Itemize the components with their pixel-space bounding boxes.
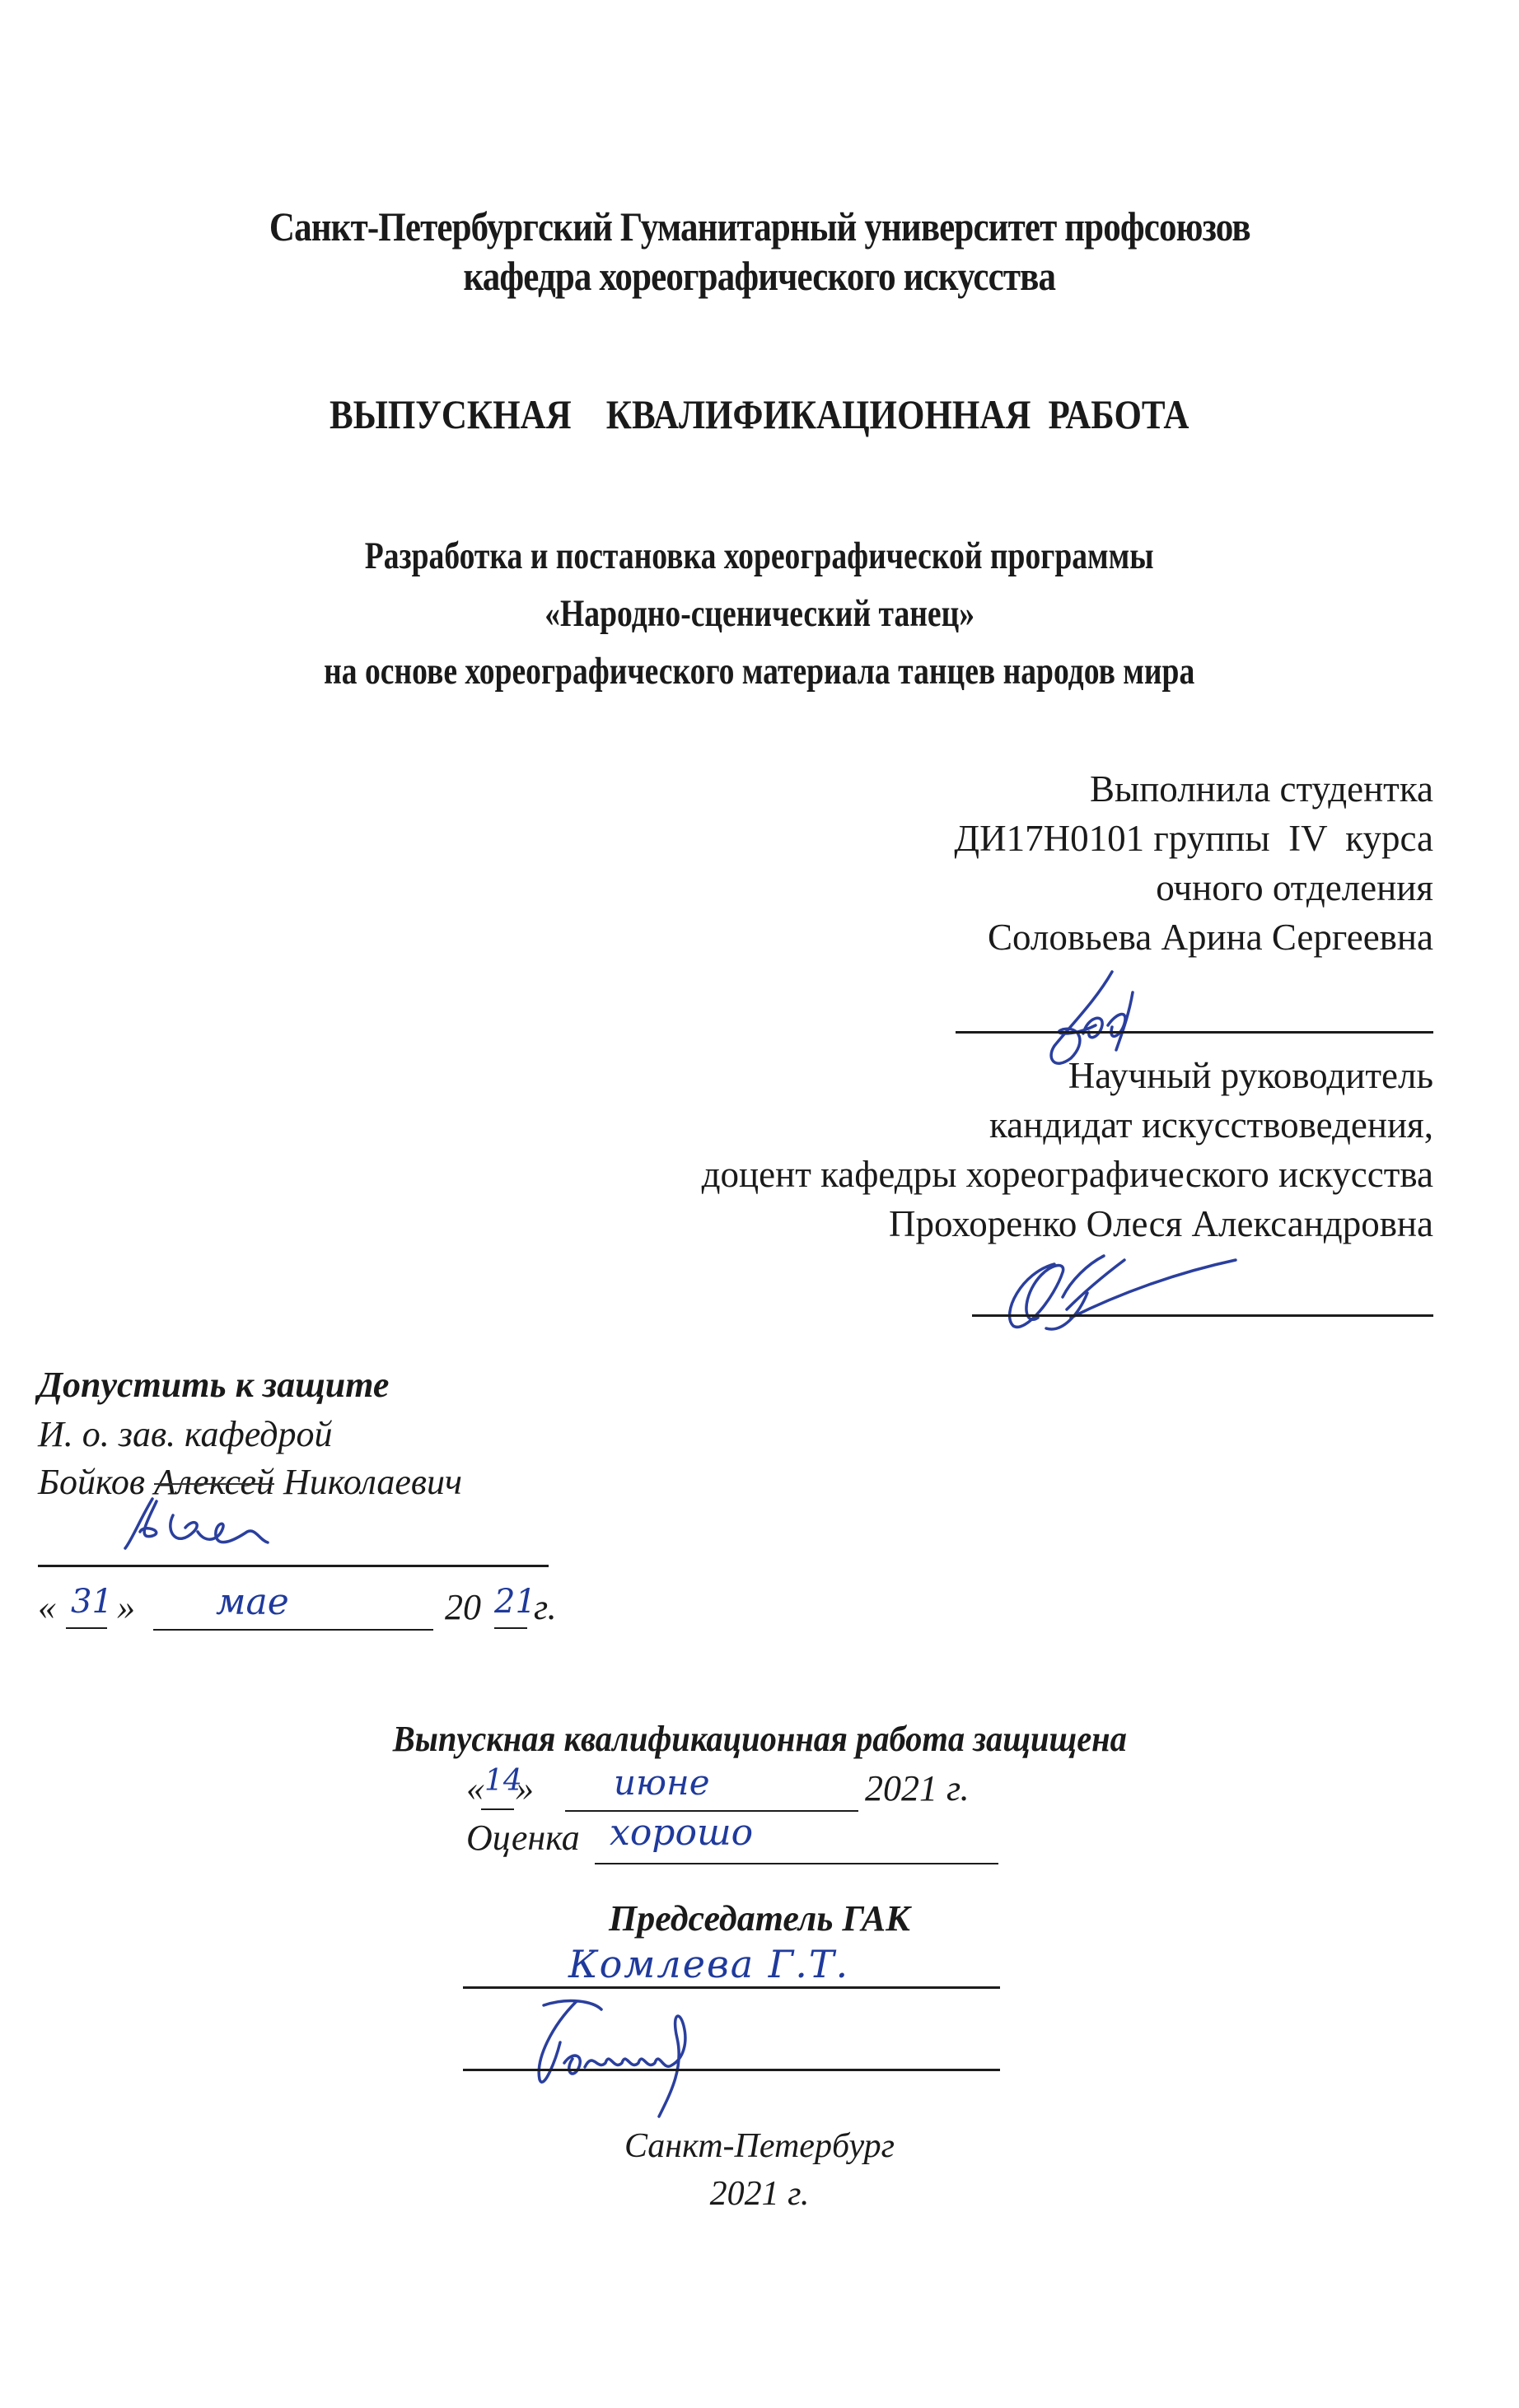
admission-date-open-quote: « — [38, 1586, 56, 1628]
student-label: Выполнила студентка — [1090, 768, 1433, 810]
student-signature-line — [956, 1031, 1433, 1034]
supervisor-degree: кандидат искусствоведения, — [989, 1104, 1433, 1146]
admission-date-year-prefix: 20 — [445, 1586, 481, 1628]
chair-signature-line — [463, 2069, 1000, 2071]
grade-label: Оценка — [466, 1817, 580, 1859]
grade-value: хорошо — [610, 1812, 753, 1854]
defense-date-month: июне — [614, 1762, 710, 1803]
admission-month-line — [153, 1629, 433, 1631]
supervisor-signature-icon — [989, 1248, 1318, 1338]
grade-line — [595, 1863, 998, 1864]
supervisor-position: доцент кафедры хореографического искусст… — [702, 1153, 1433, 1196]
document-type-text: ВЫПУСКНАЯ КВАЛИФИКАЦИОННАЯ РАБОТА — [330, 390, 1189, 438]
defense-heading: Выпускная квалификационная работа защище… — [0, 1718, 1519, 1760]
admission-day-line — [66, 1627, 107, 1629]
department-name-text: кафедра хореографического искусства — [464, 252, 1056, 300]
university-name-text: Санкт-Петербургский Гуманитарный универс… — [269, 203, 1250, 250]
chair-signature-icon — [527, 1993, 741, 2125]
admission-date-close-quote: » — [117, 1586, 135, 1628]
city: Санкт-Петербург — [0, 2126, 1519, 2166]
topic-line-3: на основе хореографического материала та… — [0, 649, 1519, 693]
admission-date-month: мае — [216, 1581, 289, 1623]
year: 2021 г. — [0, 2174, 1519, 2214]
head-signature-icon — [115, 1495, 305, 1556]
university-name: Санкт-Петербургский Гуманитарный универс… — [0, 203, 1519, 250]
student-group: ДИ17Н0101 группы IV курса — [954, 817, 1433, 860]
topic-line-2: «Народно-сценический танец» — [0, 591, 1519, 636]
supervisor-role: Научный руководитель — [1068, 1054, 1433, 1097]
chair-name-line — [463, 1986, 1000, 1989]
supervisor-name: Прохоренко Олеся Александровна — [889, 1202, 1433, 1245]
head-signature-line — [38, 1565, 549, 1567]
topic-line-2-text: «Народно-сценический танец» — [545, 591, 974, 636]
defense-heading-text: Выпускная квалификационная работа защище… — [392, 1718, 1126, 1760]
head-patronymic: Николаевич — [283, 1462, 462, 1502]
student-name: Соловьева Арина Сергеевна — [988, 916, 1433, 959]
admission-heading: Допустить к защите — [38, 1364, 389, 1406]
admission-role: И. о. зав. кафедрой — [38, 1413, 332, 1455]
document-type-title: ВЫПУСКНАЯ КВАЛИФИКАЦИОННАЯ РАБОТА — [0, 390, 1519, 438]
supervisor-signature-line — [972, 1314, 1433, 1317]
topic-line-3-text: на основе хореографического материала та… — [324, 649, 1194, 693]
defense-date-open-quote: « — [466, 1767, 484, 1809]
defense-date-year: 2021 г. — [865, 1767, 970, 1809]
defense-day-line — [481, 1808, 514, 1810]
admission-date-year-unit: г. — [534, 1586, 557, 1628]
admission-date-day: 31 — [71, 1583, 113, 1621]
admission-year-line — [494, 1627, 527, 1629]
admission-date-year-suffix: 21 — [494, 1583, 536, 1621]
chair-name: Комлева Г.Т. — [568, 1942, 849, 1986]
topic-line-1: Разработка и постановка хореографической… — [0, 534, 1519, 578]
chair-label: Председатель ГАК — [0, 1897, 1519, 1939]
student-department: очного отделения — [1156, 866, 1433, 909]
topic-line-1-text: Разработка и постановка хореографической… — [365, 534, 1154, 578]
defense-date-close-quote: » — [516, 1767, 534, 1809]
department-name: кафедра хореографического искусства — [0, 252, 1519, 300]
